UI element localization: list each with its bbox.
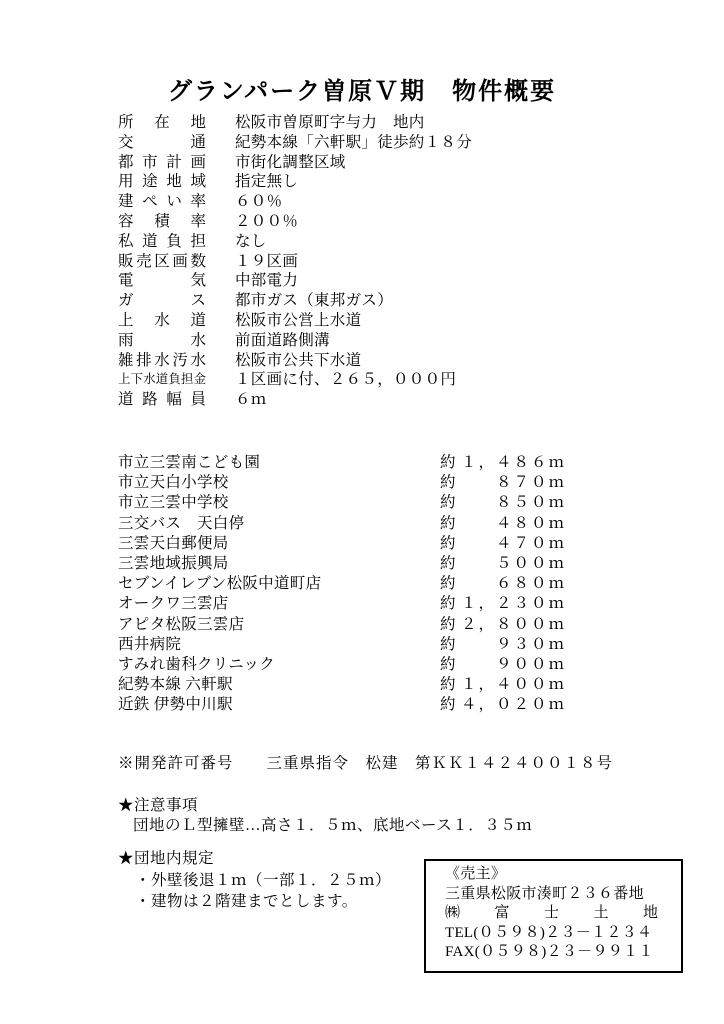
property-row: 都市計画 市街化調整区域 bbox=[118, 153, 472, 173]
distance-unit: ｍ bbox=[549, 554, 565, 574]
facility-distance: 約 １，２３０ ｍ bbox=[440, 594, 564, 614]
property-row: 上水道 松阪市公営上水道 bbox=[118, 311, 472, 331]
seller-fax: FAX(０５９８)２３－９９１１ bbox=[445, 943, 671, 963]
facility-row: アピタ松阪三雲店 約 ２，８００ ｍ bbox=[118, 615, 588, 635]
property-overview-document: グランパーク曽原Ｖ期 物件概要 所在地 松阪市曽原町字与力 地内 交通 紀勢本線… bbox=[0, 0, 724, 1024]
property-row: 用途地域 指定無し bbox=[118, 172, 472, 192]
property-row: 私道負担 なし bbox=[118, 232, 472, 252]
approx-label: 約 bbox=[440, 554, 456, 574]
facility-row: 三交バス 天白停 約 ４８０ ｍ bbox=[118, 514, 588, 534]
distance-value: ８５０ bbox=[459, 493, 549, 513]
property-label: 所在地 bbox=[118, 113, 206, 133]
distance-value: ４７０ bbox=[459, 534, 549, 554]
approx-label: 約 bbox=[440, 534, 456, 554]
caution-heading: ★注意事項 bbox=[118, 796, 532, 816]
seller-heading: 《売主》 bbox=[445, 865, 671, 885]
distance-unit: ｍ bbox=[549, 695, 565, 715]
approx-label: 約 bbox=[440, 655, 456, 675]
facility-row: オークワ三雲店 約 １，２３０ ｍ bbox=[118, 594, 588, 614]
distance-value: ６８０ bbox=[459, 574, 549, 594]
property-label: 用途地域 bbox=[118, 172, 206, 192]
facility-distance: 約 ４，０２０ ｍ bbox=[440, 695, 564, 715]
property-label: ガス bbox=[118, 291, 206, 311]
facility-distance: 約 ４８０ ｍ bbox=[440, 514, 564, 534]
facility-name: 西井病院 bbox=[118, 636, 181, 653]
property-label: 道路幅員 bbox=[118, 390, 206, 410]
distance-unit: ｍ bbox=[549, 493, 565, 513]
facility-row: 三雲地域振興局 約 ５００ ｍ bbox=[118, 554, 588, 574]
property-value: 指定無し bbox=[235, 172, 298, 192]
facility-distance: 約 ８５０ ｍ bbox=[440, 493, 564, 513]
distance-unit: ｍ bbox=[549, 615, 565, 635]
facility-name: 市立天白小学校 bbox=[118, 474, 229, 491]
facility-name: 三交バス 天白停 bbox=[118, 515, 244, 532]
facility-row: 市立三雲南こども園 約 １，４８６ ｍ bbox=[118, 453, 588, 473]
distance-value: ８７０ bbox=[459, 473, 549, 493]
facility-row: 紀勢本線 六軒駅 約 １，４００ ｍ bbox=[118, 675, 588, 695]
facility-name: アピタ松阪三雲店 bbox=[118, 616, 244, 633]
property-label: 雨水 bbox=[118, 331, 206, 351]
seller-tel: TEL(０５９８)２３－１２３４ bbox=[445, 924, 671, 944]
property-value: 中部電力 bbox=[235, 271, 298, 291]
distance-value: ９００ bbox=[459, 655, 549, 675]
property-label: 容積率 bbox=[118, 212, 206, 232]
rule-item: ・建物は２階建までとします。 bbox=[135, 891, 391, 913]
property-value: 都市ガス（東邦ガス） bbox=[235, 291, 393, 311]
property-label: 上水道 bbox=[118, 311, 206, 331]
property-row: 容積率 ２００％ bbox=[118, 212, 472, 232]
property-row: ガス 都市ガス（東邦ガス） bbox=[118, 291, 472, 311]
facility-distance: 約 ６８０ ｍ bbox=[440, 574, 564, 594]
property-row: 販売区画数 １９区画 bbox=[118, 252, 472, 272]
facility-name: 近鉄 伊勢中川駅 bbox=[118, 696, 233, 713]
property-value: １９区画 bbox=[235, 252, 298, 272]
property-value: ６ｍ bbox=[235, 390, 267, 410]
facility-row: すみれ歯科クリニック 約 ９００ ｍ bbox=[118, 655, 588, 675]
distance-value: １，４８６ bbox=[459, 453, 549, 473]
distance-unit: ｍ bbox=[549, 574, 565, 594]
property-value: なし bbox=[235, 232, 267, 252]
distance-unit: ｍ bbox=[549, 635, 565, 655]
approx-label: 約 bbox=[440, 635, 456, 655]
property-summary-table: 所在地 松阪市曽原町字与力 地内 交通 紀勢本線「六軒駅」徒歩約１８分 都市計画… bbox=[118, 113, 472, 410]
property-row: 上下水道負担金 １区画に付、２６５，０００円 bbox=[118, 370, 472, 390]
facility-name: 紀勢本線 六軒駅 bbox=[118, 676, 233, 693]
property-row: 電気 中部電力 bbox=[118, 271, 472, 291]
facility-name: 三雲天白郵便局 bbox=[118, 535, 229, 552]
facility-distance: 約 １，４００ ｍ bbox=[440, 675, 564, 695]
property-value: １区画に付、２６５，０００円 bbox=[235, 370, 456, 390]
distance-unit: ｍ bbox=[549, 594, 565, 614]
property-row: 雨水 前面道路側溝 bbox=[118, 331, 472, 351]
facility-distance: 約 ５００ ｍ bbox=[440, 554, 564, 574]
distance-value: １，２３０ bbox=[459, 594, 549, 614]
facility-name: 市立三雲南こども園 bbox=[118, 454, 260, 471]
seller-address: 三重県松阪市湊町２３６番地 bbox=[445, 885, 671, 905]
rules-item-list: ・外壁後退１ｍ（一部１．２５ｍ） ・建物は２階建までとします。 bbox=[118, 870, 391, 913]
property-value: 市街化調整区域 bbox=[235, 153, 346, 173]
distance-unit: ｍ bbox=[549, 655, 565, 675]
distance-value: ９３０ bbox=[459, 635, 549, 655]
caution-detail: 団地のＬ型擁壁…高さ１．５ｍ、底地ベース１．３５ｍ bbox=[133, 816, 532, 836]
facility-row: セブンイレブン松阪中道町店 約 ６８０ ｍ bbox=[118, 574, 588, 594]
facility-distance: 約 ２，８００ ｍ bbox=[440, 615, 564, 635]
distance-unit: ｍ bbox=[549, 675, 565, 695]
property-label: 販売区画数 bbox=[118, 252, 206, 272]
property-value: 松阪市公共下水道 bbox=[235, 351, 361, 371]
approx-label: 約 bbox=[440, 453, 456, 473]
facility-name: 市立三雲中学校 bbox=[118, 494, 229, 511]
property-label: 都市計画 bbox=[118, 153, 206, 173]
facility-row: 三雲天白郵便局 約 ４７０ ｍ bbox=[118, 534, 588, 554]
facility-name: すみれ歯科クリニック bbox=[118, 656, 275, 673]
seller-company-name: ㈱富士土地 bbox=[445, 904, 658, 924]
distance-unit: ｍ bbox=[549, 453, 565, 473]
distance-value: ４，０２０ bbox=[459, 695, 549, 715]
estate-rules-section: ★団地内規定 ・外壁後退１ｍ（一部１．２５ｍ） ・建物は２階建までとします。 bbox=[118, 848, 391, 913]
property-value: 前面道路側溝 bbox=[235, 331, 330, 351]
facility-row: 市立三雲中学校 約 ８５０ ｍ bbox=[118, 493, 588, 513]
facility-distance: 約 ９００ ｍ bbox=[440, 655, 564, 675]
seller-info-box: 《売主》 三重県松阪市湊町２３６番地 ㈱富士土地 TEL(０５９８)２３－１２３… bbox=[424, 859, 683, 973]
rules-heading: ★団地内規定 bbox=[118, 848, 391, 870]
approx-label: 約 bbox=[440, 594, 456, 614]
property-value: ６０％ bbox=[235, 192, 282, 212]
approx-label: 約 bbox=[440, 615, 456, 635]
approx-label: 約 bbox=[440, 493, 456, 513]
distance-value: ２，８００ bbox=[459, 615, 549, 635]
property-label: 私道負担 bbox=[118, 232, 206, 252]
distance-value: ５００ bbox=[459, 554, 549, 574]
distance-unit: ｍ bbox=[549, 534, 565, 554]
facility-name: オークワ三雲店 bbox=[118, 595, 229, 612]
page-title: グランパーク曽原Ｖ期 物件概要 bbox=[0, 77, 724, 107]
facility-distance: 約 １，４８６ ｍ bbox=[440, 453, 564, 473]
property-label: 上下水道負担金 bbox=[118, 370, 206, 390]
approx-label: 約 bbox=[440, 695, 456, 715]
property-value: 松阪市曽原町字与力 地内 bbox=[235, 113, 425, 133]
approx-label: 約 bbox=[440, 514, 456, 534]
facility-distance: 約 ４７０ ｍ bbox=[440, 534, 564, 554]
distance-value: １，４００ bbox=[459, 675, 549, 695]
property-row: 交通 紀勢本線「六軒駅」徒歩約１８分 bbox=[118, 133, 472, 153]
approx-label: 約 bbox=[440, 675, 456, 695]
property-label: 交通 bbox=[118, 133, 206, 153]
distance-unit: ｍ bbox=[549, 514, 565, 534]
property-row: 建ぺい率 ６０％ bbox=[118, 192, 472, 212]
approx-label: 約 bbox=[440, 574, 456, 594]
approx-label: 約 bbox=[440, 473, 456, 493]
property-label: 建ぺい率 bbox=[118, 192, 206, 212]
property-value: 松阪市公営上水道 bbox=[235, 311, 361, 331]
facility-distance: 約 ８７０ ｍ bbox=[440, 473, 564, 493]
facility-name: セブンイレブン松阪中道町店 bbox=[118, 575, 321, 592]
facility-distance: 約 ９３０ ｍ bbox=[440, 635, 564, 655]
property-label: 雑排水汚水 bbox=[118, 351, 206, 371]
facility-row: 西井病院 約 ９３０ ｍ bbox=[118, 635, 588, 655]
property-value: 紀勢本線「六軒駅」徒歩約１８分 bbox=[235, 133, 472, 153]
caution-section: ★注意事項 団地のＬ型擁壁…高さ１．５ｍ、底地ベース１．３５ｍ bbox=[118, 796, 532, 835]
property-value: ２００％ bbox=[235, 212, 298, 232]
facility-name: 三雲地域振興局 bbox=[118, 555, 229, 572]
distance-value: ４８０ bbox=[459, 514, 549, 534]
development-permit-line: ※開発許可番号 三重県指令 松建 第ＫＫ１４２４００１８号 bbox=[118, 754, 613, 774]
property-row: 道路幅員 ６ｍ bbox=[118, 390, 472, 410]
nearby-facilities-list: 市立三雲南こども園 約 １，４８６ ｍ 市立天白小学校 約 ８７０ ｍ 市立三雲… bbox=[118, 453, 588, 715]
rule-item: ・外壁後退１ｍ（一部１．２５ｍ） bbox=[135, 870, 391, 892]
property-row: 雑排水汚水 松阪市公共下水道 bbox=[118, 351, 472, 371]
distance-unit: ｍ bbox=[549, 473, 565, 493]
facility-row: 近鉄 伊勢中川駅 約 ４，０２０ ｍ bbox=[118, 695, 588, 715]
facility-row: 市立天白小学校 約 ８７０ ｍ bbox=[118, 473, 588, 493]
property-label: 電気 bbox=[118, 271, 206, 291]
property-row: 所在地 松阪市曽原町字与力 地内 bbox=[118, 113, 472, 133]
